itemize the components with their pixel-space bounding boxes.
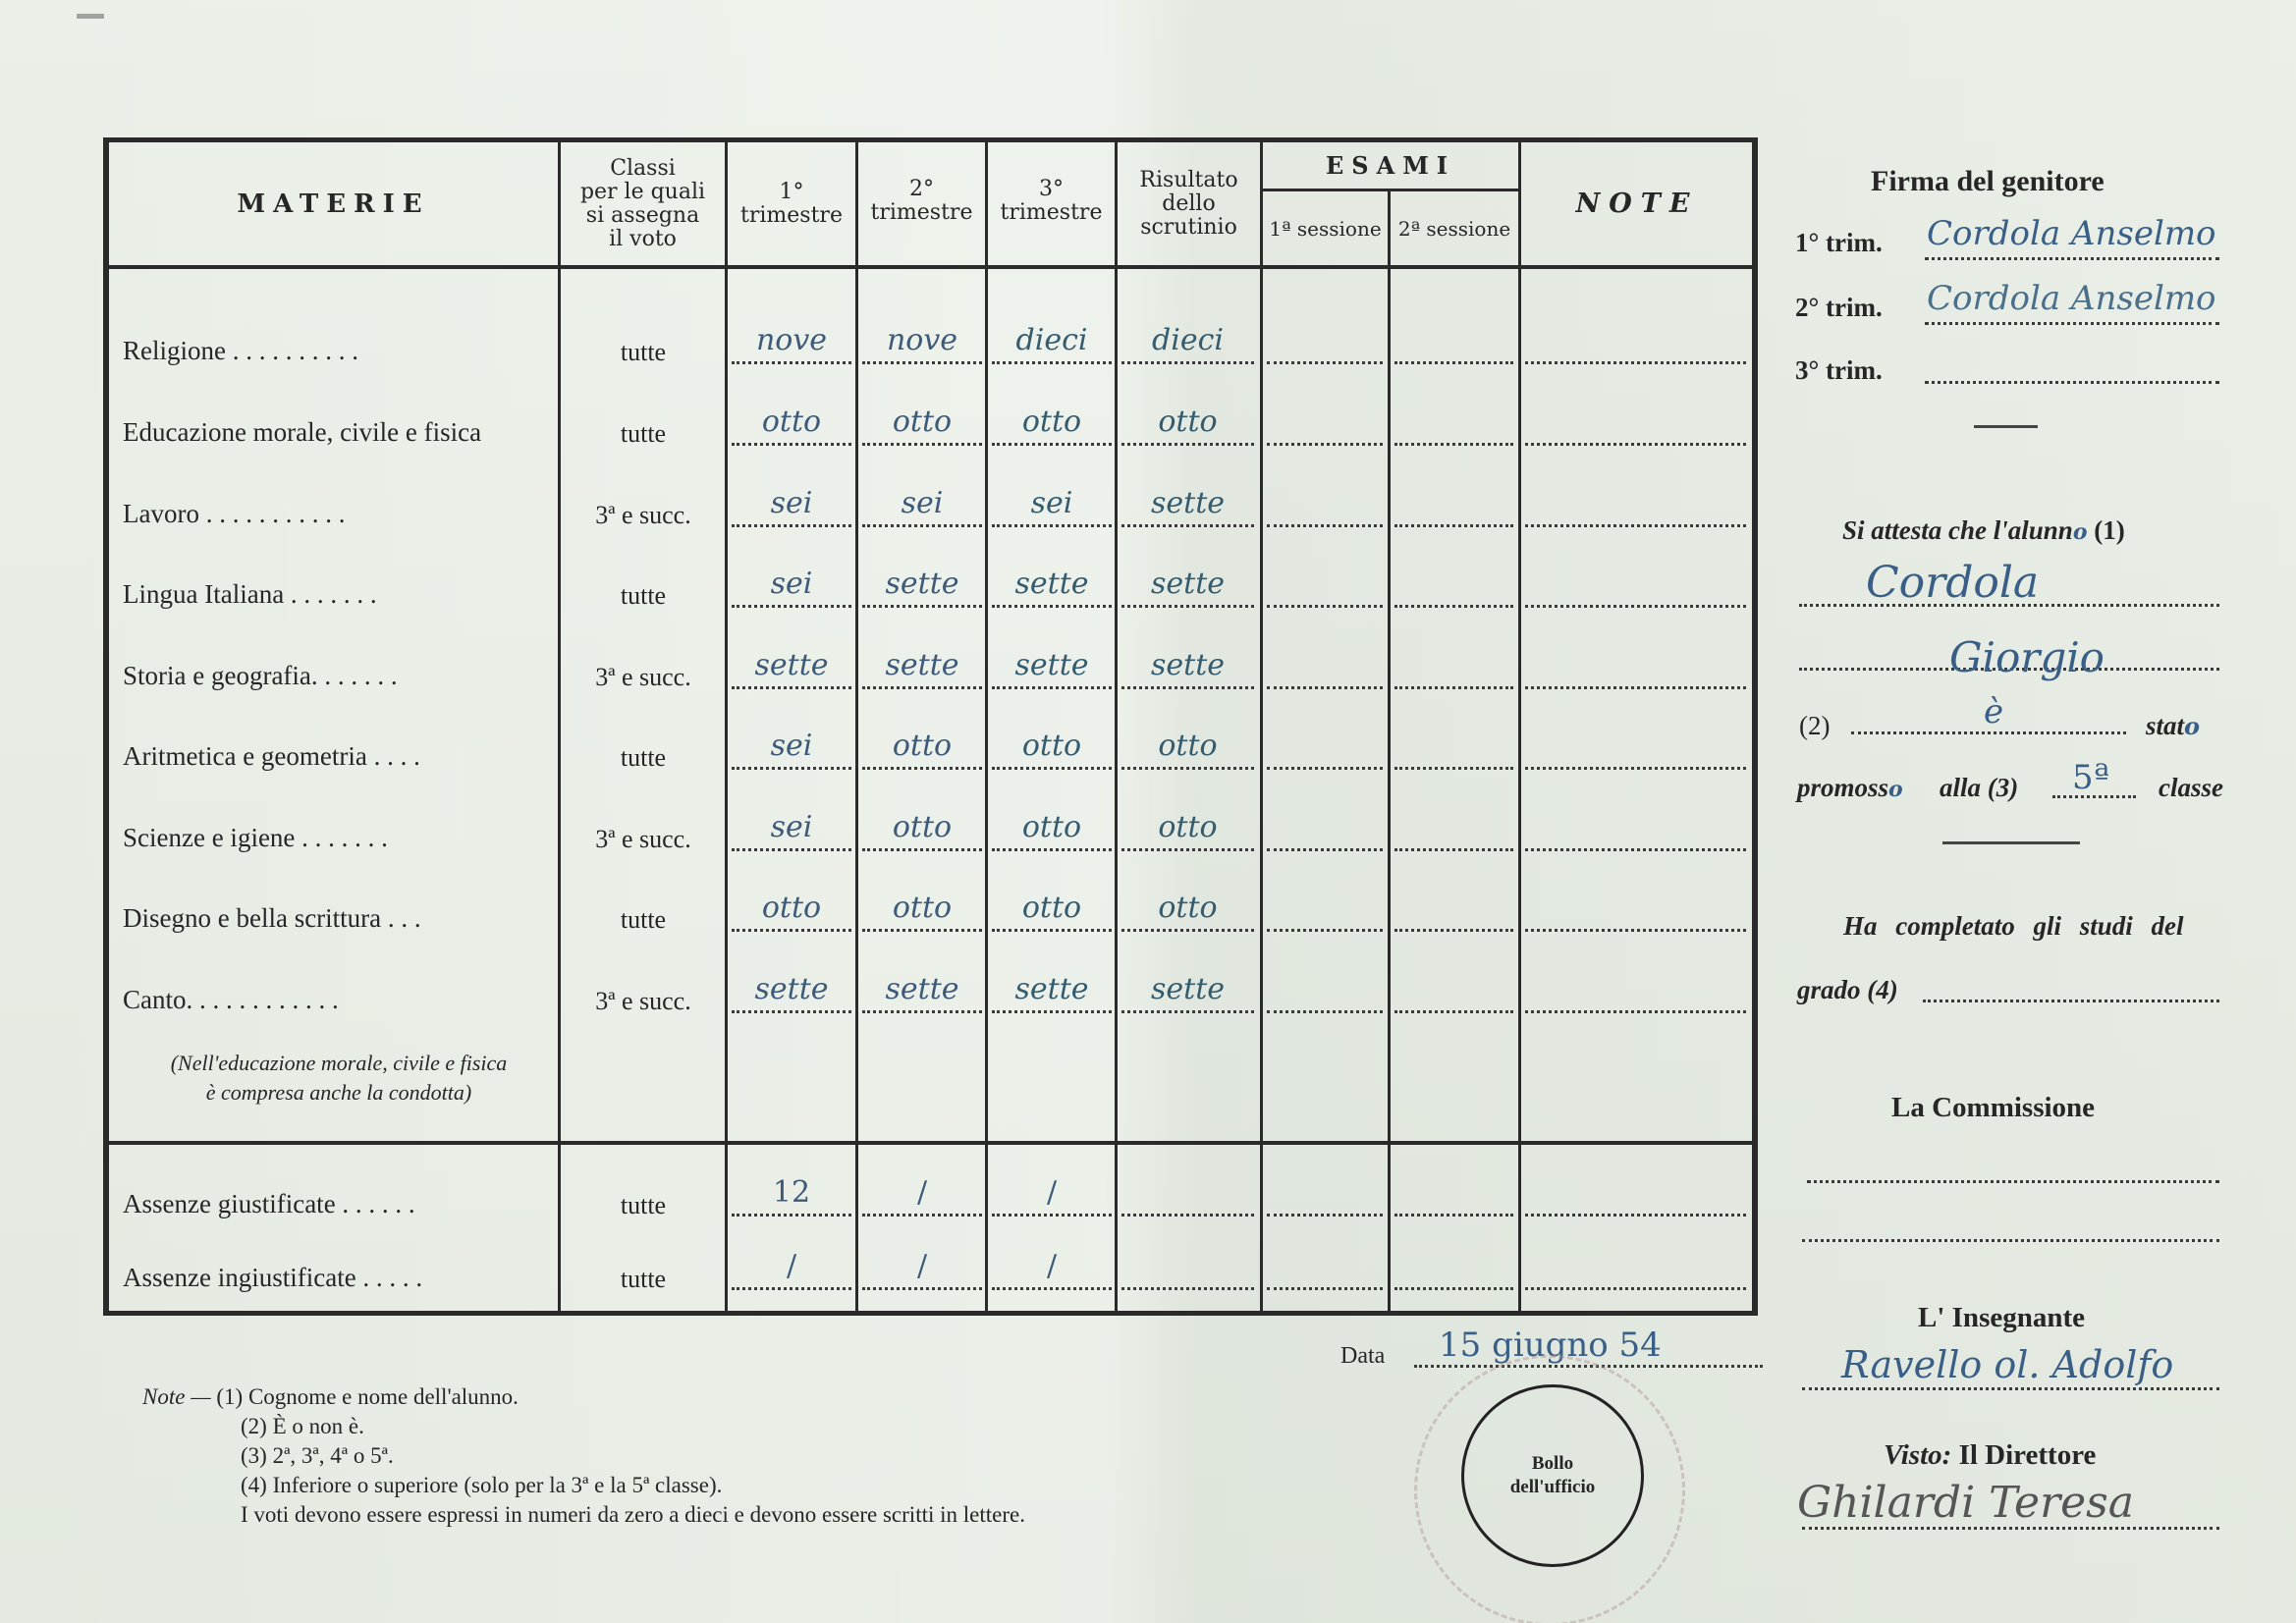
subject-label: Scienze e igiene . . . . . . . <box>123 823 388 853</box>
grade-t1[interactable]: sette <box>732 646 851 689</box>
stamp-line: dell'ufficio <box>1510 1476 1596 1499</box>
note-cell[interactable] <box>1525 646 1746 689</box>
col-divider <box>985 137 988 1316</box>
grade-t3[interactable]: sette <box>992 970 1112 1013</box>
trim1-signature: Cordola Anselmo <box>1927 214 2216 253</box>
classi-value: 3ª e succ. <box>560 501 727 530</box>
subject-label: Aritmetica e geometria . . . . <box>123 741 420 772</box>
grade-t3[interactable]: sei <box>992 484 1112 527</box>
grade-sessione1[interactable] <box>1267 321 1383 364</box>
note-cell[interactable] <box>1525 808 1746 851</box>
grade-t2[interactable]: sette <box>862 565 982 608</box>
grade-sessione1[interactable] <box>1267 808 1383 851</box>
absence-note[interactable] <box>1525 1173 1746 1217</box>
conduct-note-line: (Nell'educazione morale, civile e fisica <box>123 1049 555 1078</box>
grade-sessione2[interactable] <box>1394 646 1513 689</box>
visto-label: Visto: <box>1884 1439 1951 1471</box>
subject-label: Lingua Italiana . . . . . . . <box>123 579 377 610</box>
header-trim1-number: 1° <box>780 181 804 204</box>
grade-t3[interactable]: otto <box>992 889 1112 932</box>
absence-t3[interactable]: / <box>992 1173 1112 1217</box>
header-sessione1: 1ª sessione <box>1263 191 1388 265</box>
col-divider <box>1388 189 1391 1316</box>
absence-sessione2[interactable] <box>1394 1173 1513 1217</box>
header-esami: ESAMI <box>1263 142 1518 189</box>
grade-risultato[interactable]: sette <box>1121 565 1254 608</box>
grade-sessione2[interactable] <box>1394 484 1513 527</box>
grade-sessione1[interactable] <box>1267 727 1383 770</box>
grade-t2[interactable]: otto <box>862 403 982 446</box>
commissione-line-2[interactable] <box>1802 1239 2219 1242</box>
header-trim3: 3° trimestre <box>988 142 1115 260</box>
header-trim1: 1° trimestre <box>728 142 855 265</box>
attesta-suffix: o <box>2073 519 2088 545</box>
absence-label: Assenze ingiustificate . . . . . <box>123 1263 422 1293</box>
note-cell[interactable] <box>1525 403 1746 446</box>
header-trim2: 2° trimestre <box>858 142 985 260</box>
grade-t1[interactable]: sei <box>732 808 851 851</box>
grade-t3[interactable]: otto <box>992 808 1112 851</box>
cognome-value: Cordola <box>1866 558 2039 608</box>
grade-sessione2[interactable] <box>1394 321 1513 364</box>
alla-label: alla (3) <box>1940 773 2018 803</box>
absences-divider <box>103 1141 1758 1145</box>
grade-t2[interactable]: nove <box>862 321 982 364</box>
commissione-title: La Commissione <box>1891 1092 2095 1124</box>
conduct-note-line: è compresa anche la condotta) <box>123 1078 555 1108</box>
header-classi-line: Classi <box>610 157 676 181</box>
absence-classi: tutte <box>560 1265 727 1294</box>
grade-risultato[interactable]: sette <box>1121 646 1254 689</box>
absence-sessione1[interactable] <box>1267 1173 1383 1217</box>
classi-value: tutte <box>560 338 727 367</box>
grade-t1[interactable]: sei <box>732 727 851 770</box>
col-divider <box>558 137 561 1316</box>
header-trim2-label: trimestre <box>871 201 973 225</box>
absence-label: Assenze giustificate . . . . . . <box>123 1189 415 1219</box>
completato-text: Ha completato gli studi del <box>1843 911 2184 942</box>
trim3-signature-line[interactable] <box>1925 381 2219 384</box>
trim3-label: 3° trim. <box>1795 355 1883 386</box>
trim1-signature-line[interactable] <box>1925 257 2219 260</box>
header-divider <box>103 265 1758 269</box>
header-sessione2: 2ª sessione <box>1391 191 1518 265</box>
classi-value: tutte <box>560 905 727 935</box>
direttore-signature: Ghilardi Teresa <box>1797 1478 2134 1528</box>
note-cell[interactable] <box>1525 321 1746 364</box>
header-trim1-label: trimestre <box>740 204 843 228</box>
nome-value: Giorgio <box>1949 633 2105 681</box>
promoss-suffix: o <box>1888 777 1903 802</box>
absence-t1[interactable]: 12 <box>732 1173 851 1217</box>
stat-label: stato <box>2146 711 2200 741</box>
trim1-label: 1° trim. <box>1795 228 1883 258</box>
header-trim3-number: 3° <box>1039 178 1064 201</box>
trim2-signature-line[interactable] <box>1925 322 2219 325</box>
classe-value: 5ª <box>2072 758 2109 797</box>
print-mark <box>77 14 104 19</box>
absence-risultato[interactable] <box>1121 1173 1254 1217</box>
direttore-title: Visto: Il Direttore <box>1884 1439 2096 1472</box>
promoss-text: promosso <box>1797 773 1903 803</box>
grade-risultato[interactable]: otto <box>1121 808 1254 851</box>
header-classi-line: si assegna <box>586 204 699 228</box>
absence-t2[interactable]: / <box>862 1247 982 1290</box>
grade-t2[interactable]: otto <box>862 889 982 932</box>
classi-value: tutte <box>560 581 727 611</box>
absence-note[interactable] <box>1525 1247 1746 1290</box>
section-divider <box>1942 841 2080 844</box>
grade-risultato[interactable]: sette <box>1121 970 1254 1013</box>
grade-sessione2[interactable] <box>1394 565 1513 608</box>
grade-t2[interactable]: sette <box>862 970 982 1013</box>
attesta-ref: (1) <box>2094 515 2124 545</box>
grade-t3[interactable]: sette <box>992 646 1112 689</box>
grado-label: grado (4) <box>1797 975 1898 1005</box>
grade-t3[interactable]: otto <box>992 727 1112 770</box>
commissione-line-1[interactable] <box>1807 1180 2219 1183</box>
insegnante-signature: Ravello ol. Adolfo <box>1841 1343 2173 1386</box>
classi-value: 3ª e succ. <box>560 987 727 1016</box>
grade-sessione1[interactable] <box>1267 646 1383 689</box>
grade-sessione1[interactable] <box>1267 403 1383 446</box>
grade-t1[interactable]: nove <box>732 321 851 364</box>
subject-label: Religione . . . . . . . . . . <box>123 336 358 366</box>
firma-genitore-title: Firma del genitore <box>1871 165 2105 198</box>
trim2-label: 2° trim. <box>1795 293 1883 323</box>
direttore-label: Il Direttore <box>1959 1439 2097 1471</box>
footnote-item: (3) 2ª, 3ª, 4ª o 5ª. <box>142 1441 1025 1471</box>
absence-t2[interactable]: / <box>862 1173 982 1217</box>
grado-line[interactable] <box>1923 1000 2219 1002</box>
header-risultato-line: dello <box>1162 192 1215 216</box>
conduct-note: (Nell'educazione morale, civile e fisica… <box>123 1049 555 1108</box>
grade-sessione2[interactable] <box>1394 808 1513 851</box>
ref2-label: (2) <box>1799 711 1830 741</box>
grade-risultato[interactable]: otto <box>1121 889 1254 932</box>
insegnante-signature-line[interactable] <box>1802 1387 2219 1390</box>
grade-sessione2[interactable] <box>1394 889 1513 932</box>
header-risultato-line: Risultato <box>1139 169 1237 192</box>
grade-t3[interactable]: otto <box>992 403 1112 446</box>
trim2-signature: Cordola Anselmo <box>1927 279 2216 318</box>
e-value: è <box>1984 692 2003 731</box>
grade-sessione2[interactable] <box>1394 970 1513 1013</box>
header-trim3-label: trimestre <box>1001 201 1103 225</box>
footnote-item: (1) Cognome e nome dell'alunno. <box>216 1384 519 1409</box>
grade-t2[interactable]: otto <box>862 808 982 851</box>
footnotes: Note — (1) Cognome e nome dell'alunno. (… <box>142 1382 1025 1530</box>
grade-sessione1[interactable] <box>1267 484 1383 527</box>
grade-sessione2[interactable] <box>1394 727 1513 770</box>
header-trim2-number: 2° <box>909 178 934 201</box>
note-cell[interactable] <box>1525 565 1746 608</box>
absence-sessione1[interactable] <box>1267 1247 1383 1290</box>
note-cell[interactable] <box>1525 970 1746 1013</box>
attesta-label: Si attesta che l'alunn <box>1842 515 2073 545</box>
classi-value: 3ª e succ. <box>560 825 727 854</box>
grade-t2[interactable]: sette <box>862 646 982 689</box>
grade-t1[interactable]: otto <box>732 403 851 446</box>
office-stamp: Bollo dell'ufficio <box>1461 1384 1644 1567</box>
absence-sessione2[interactable] <box>1394 1247 1513 1290</box>
grade-t1[interactable]: sette <box>732 970 851 1013</box>
note-cell[interactable] <box>1525 484 1746 527</box>
subject-label: Lavoro . . . . . . . . . . . <box>123 499 345 529</box>
absence-classi: tutte <box>560 1191 727 1220</box>
grade-t1[interactable]: sei <box>732 484 851 527</box>
note-cell[interactable] <box>1525 889 1746 932</box>
absence-t1[interactable]: / <box>732 1247 851 1290</box>
classe-label: classe <box>2159 773 2223 803</box>
attesta-text: Si attesta che l'alunno (1) <box>1842 515 2125 546</box>
grade-risultato[interactable]: otto <box>1121 727 1254 770</box>
header-risultato: Risultato dello scrutinio <box>1118 142 1260 265</box>
note-cell[interactable] <box>1525 727 1746 770</box>
grade-t1[interactable]: sei <box>732 565 851 608</box>
subject-label: Storia e geografia. . . . . . . <box>123 661 398 691</box>
grade-sessione2[interactable] <box>1394 403 1513 446</box>
header-classi-line: per le quali <box>580 181 705 204</box>
classi-value: tutte <box>560 419 727 449</box>
stat-text: stat <box>2146 711 2184 740</box>
grade-risultato[interactable]: otto <box>1121 403 1254 446</box>
section-divider <box>1974 425 2038 428</box>
classi-value: 3ª e succ. <box>560 663 727 692</box>
col-divider <box>1115 137 1118 1316</box>
grade-risultato[interactable]: sette <box>1121 484 1254 527</box>
header-classi-line: il voto <box>609 228 677 251</box>
grade-sessione1[interactable] <box>1267 889 1383 932</box>
subject-label: Educazione morale, civile e fisica <box>123 417 481 448</box>
header-note: NOTE <box>1521 142 1753 265</box>
grade-t2[interactable]: otto <box>862 727 982 770</box>
insegnante-title: L' Insegnante <box>1918 1302 2085 1334</box>
grade-t3[interactable]: sette <box>992 565 1112 608</box>
subject-label: Disegno e bella scrittura . . . <box>123 903 421 934</box>
footnote-item: (2) È o non è. <box>142 1412 1025 1441</box>
notes-label: Note — <box>142 1384 211 1409</box>
e-line[interactable] <box>1851 731 2126 734</box>
absence-t3[interactable]: / <box>992 1247 1112 1290</box>
data-label: Data <box>1340 1343 1385 1370</box>
grade-t1[interactable]: otto <box>732 889 851 932</box>
grade-t2[interactable]: sei <box>862 484 982 527</box>
header-classi: Classi per le quali si assegna il voto <box>561 142 725 265</box>
col-divider <box>1518 137 1521 1316</box>
stat-suffix: o <box>2184 712 2200 740</box>
col-divider <box>855 137 858 1316</box>
col-divider <box>1260 137 1263 1316</box>
header-materie: MATERIE <box>109 142 558 265</box>
subject-label: Canto. . . . . . . . . . . . <box>123 985 339 1015</box>
absence-risultato[interactable] <box>1121 1247 1254 1290</box>
grade-t3[interactable]: dieci <box>992 321 1112 364</box>
classi-value: tutte <box>560 743 727 773</box>
grade-sessione1[interactable] <box>1267 970 1383 1013</box>
header-risultato-line: scrutinio <box>1140 216 1237 240</box>
footnote-item: I voti devono essere espressi in numeri … <box>142 1500 1025 1530</box>
col-divider <box>725 137 728 1316</box>
promoss-label: promoss <box>1797 773 1888 802</box>
grade-risultato[interactable]: dieci <box>1121 321 1254 364</box>
footnote-item: (4) Inferiore o superiore (solo per la 3… <box>142 1471 1025 1500</box>
grade-sessione1[interactable] <box>1267 565 1383 608</box>
stamp-line: Bollo <box>1532 1452 1573 1476</box>
